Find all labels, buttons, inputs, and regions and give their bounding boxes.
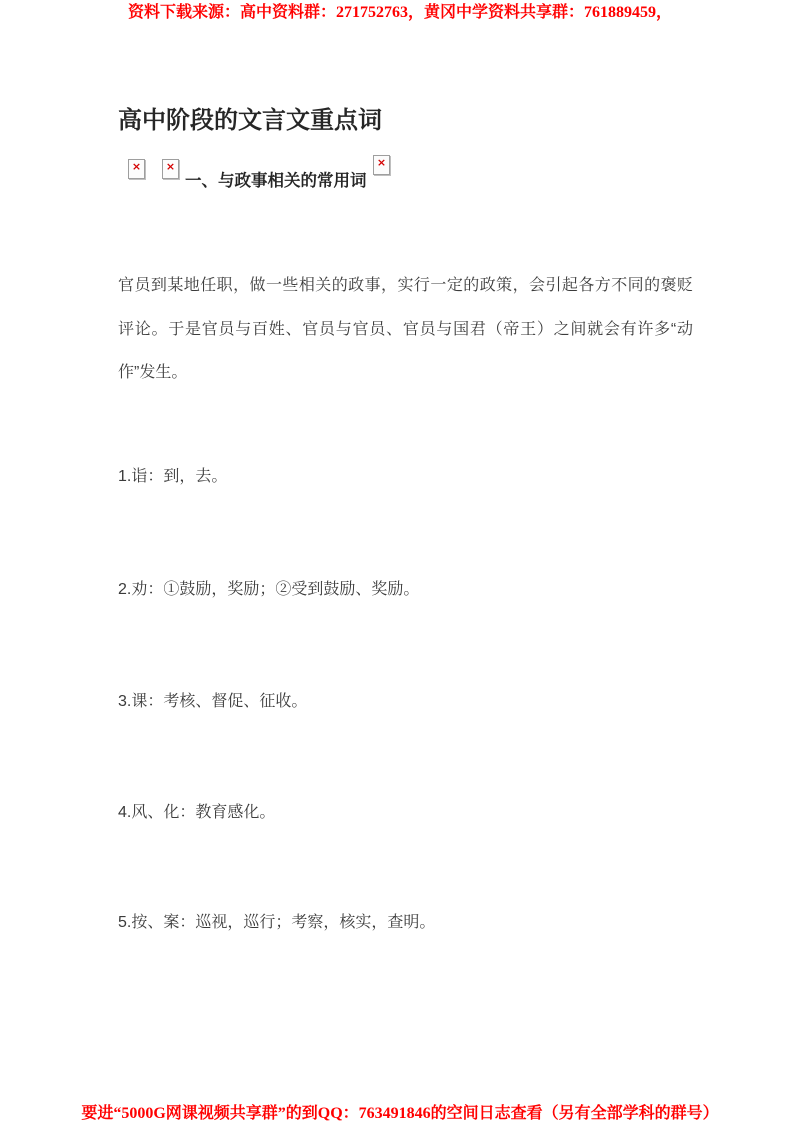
broken-image-icon: × <box>128 159 145 179</box>
broken-image-icon: × <box>162 159 179 179</box>
list-item: 4.风、化：教育感化。 <box>118 802 275 824</box>
intro-paragraph: 官员到某地任职，做一些相关的政事，实行一定的政策，会引起各方不同的褒贬评论。于是… <box>118 264 693 395</box>
list-item: 3.课：考核、督促、征收。 <box>118 691 307 713</box>
list-item: 2.劝：①鼓励，奖励；②受到鼓励、奖励。 <box>118 579 419 601</box>
section-heading-row: × × 一、与政事相关的常用词 × <box>118 155 518 197</box>
footer-banner: 要进“5000G网课视频共享群”的到QQ：763491846的空间日志查看（另有… <box>0 1104 800 1124</box>
document-page: 资料下载来源：高中资料群：271752763，黄冈中学资料共享群：7618894… <box>0 0 800 1131</box>
broken-image-icon: × <box>373 155 390 175</box>
list-item: 1.诣：到，去。 <box>118 466 227 488</box>
header-banner: 资料下载来源：高中资料群：271752763，黄冈中学资料共享群：7618894… <box>0 3 800 23</box>
section-heading: 一、与政事相关的常用词 <box>185 167 367 191</box>
list-item: 5.按、案：巡视，巡行；考察，核实，查明。 <box>118 912 435 934</box>
page-title: 高中阶段的文言文重点词 <box>118 100 382 135</box>
